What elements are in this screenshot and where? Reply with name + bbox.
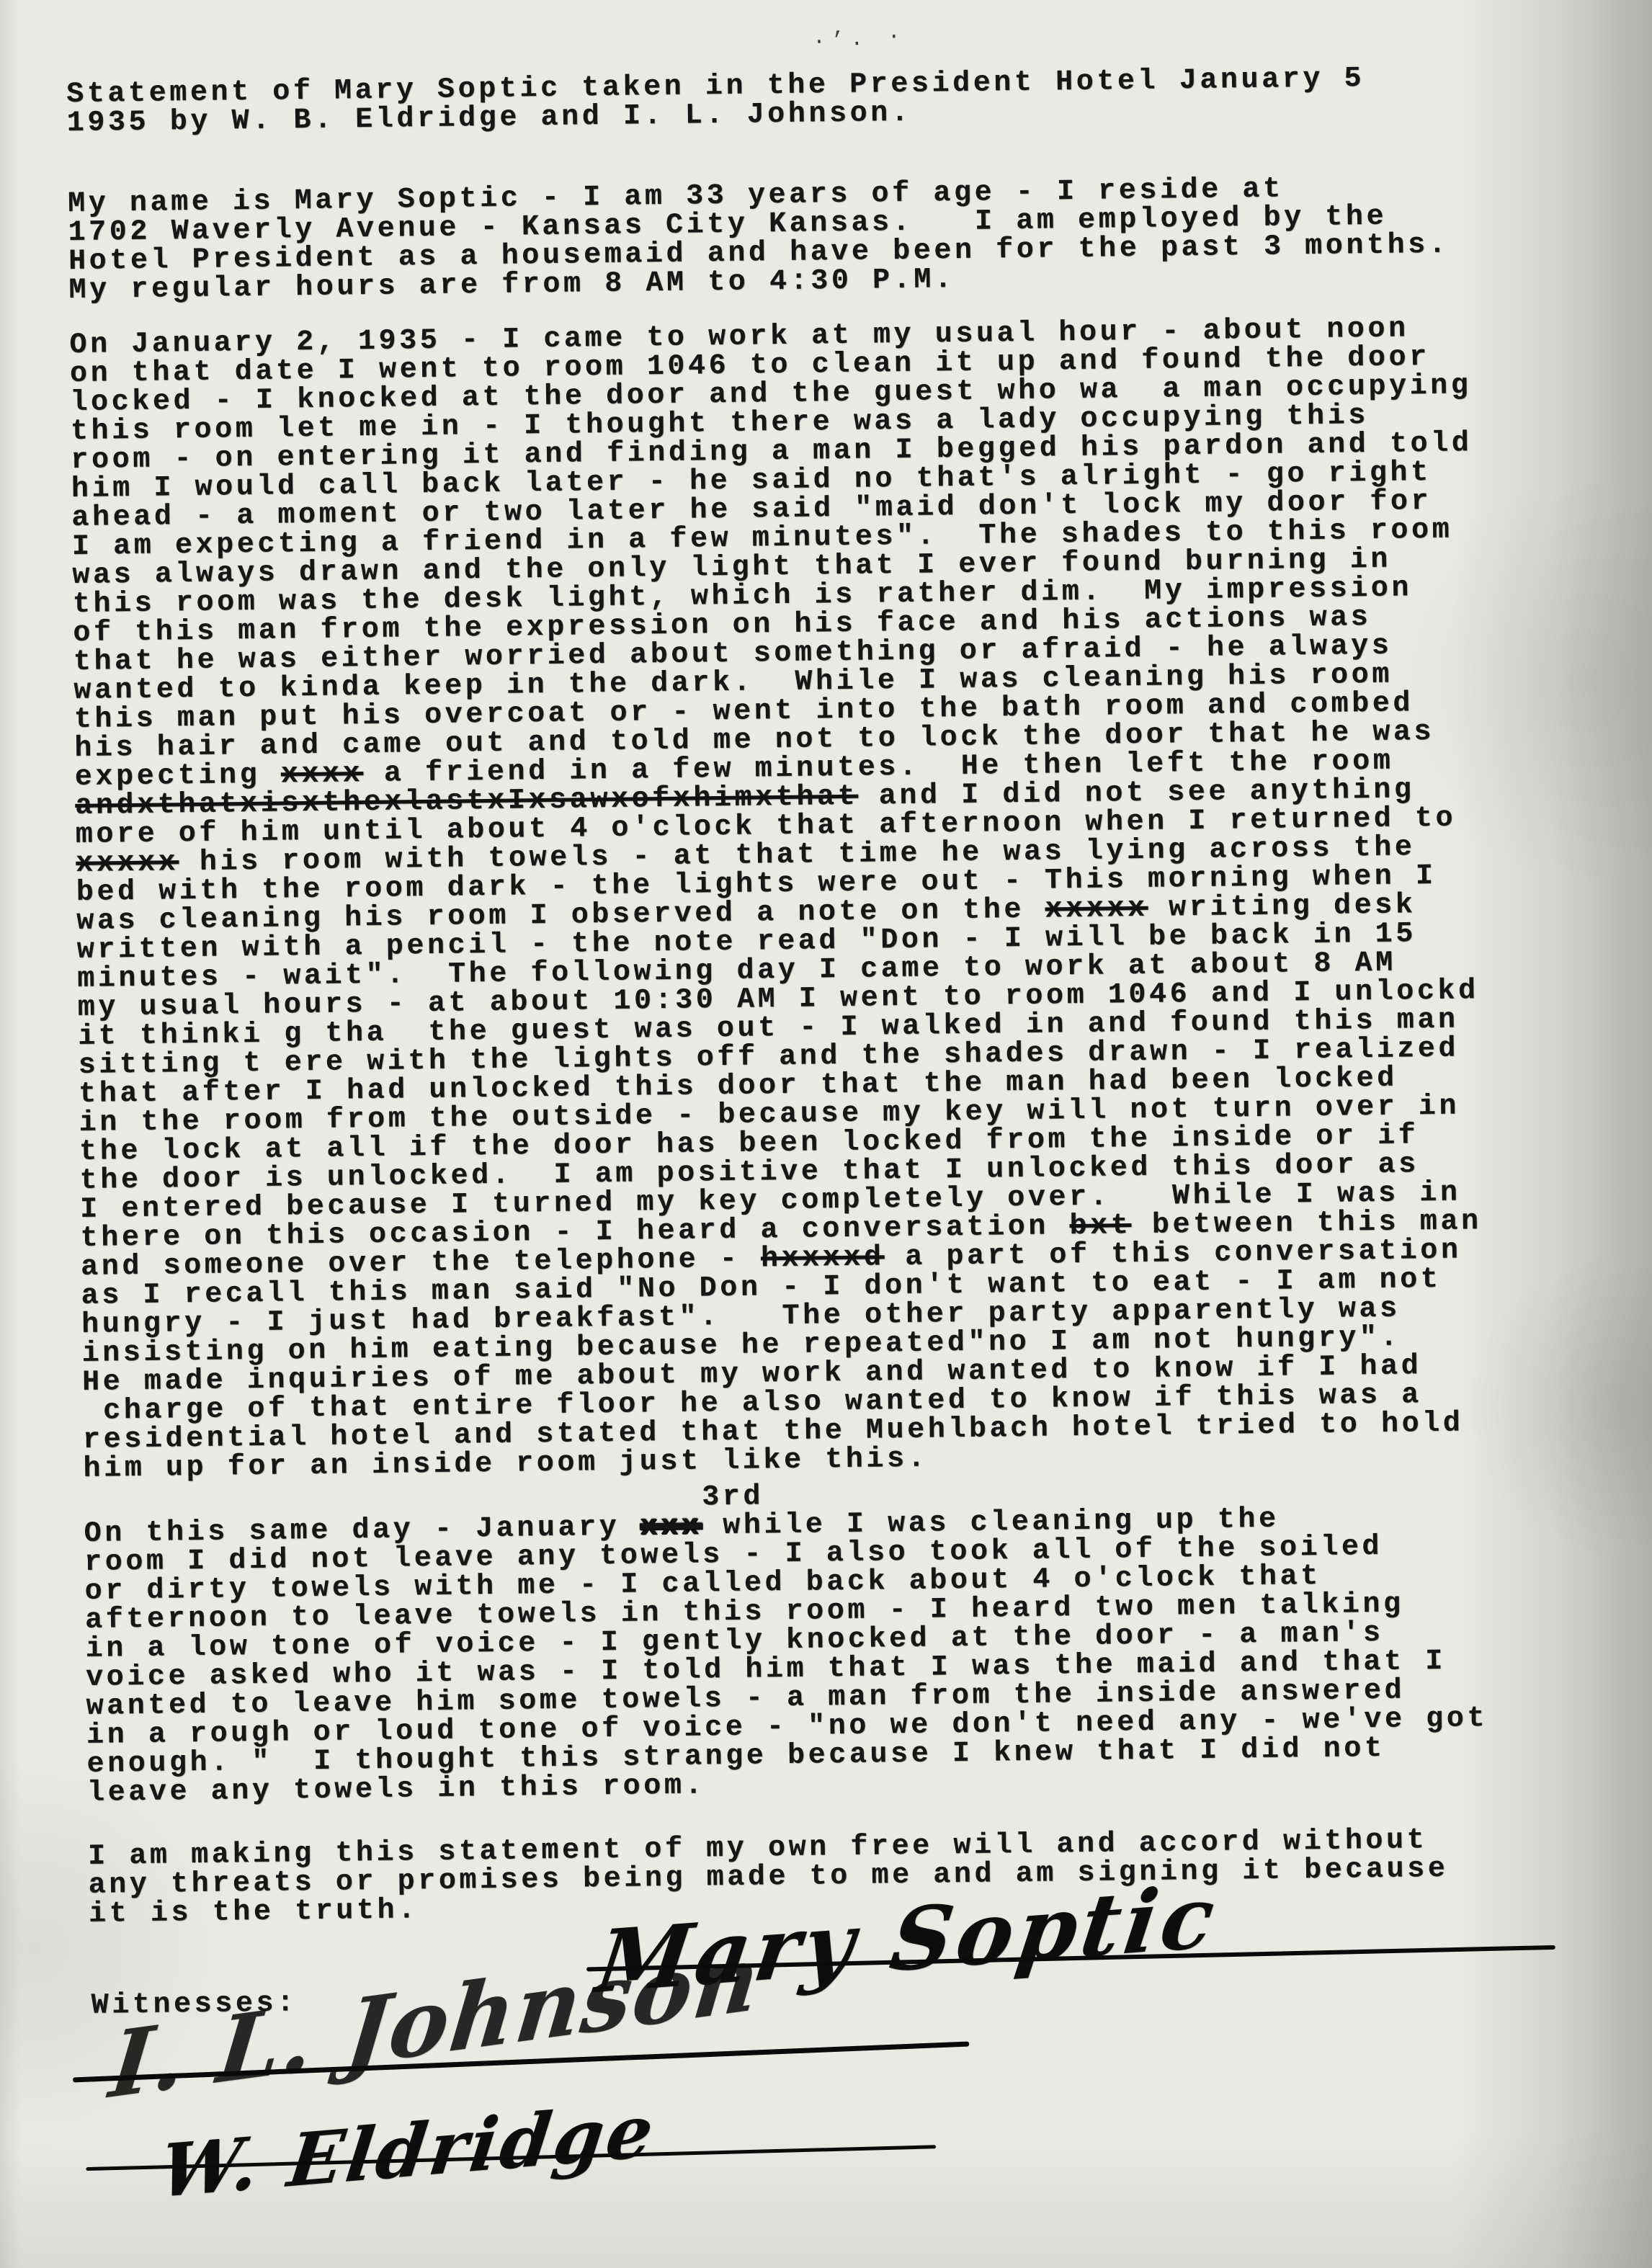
- statement-body: Statement of Mary Soptic taken in the Pr…: [66, 63, 1555, 2216]
- paragraph: 3rdOn this same day - January xxx while …: [84, 1473, 1550, 1808]
- scanned-document-page: { "document": { "stray_mark": "·’. ·", "…: [0, 0, 1652, 2268]
- paragraph: Statement of Mary Soptic taken in the Pr…: [66, 63, 1530, 138]
- paragraph: My name is Mary Soptic - I am 33 years o…: [68, 172, 1532, 305]
- statement-paragraphs: Statement of Mary Soptic taken in the Pr…: [66, 63, 1551, 1929]
- signature-section: Mary Soptic Witnesses: I. L. Johnson W. …: [89, 1953, 1555, 2216]
- paragraph: On January 2, 1935 - I came to work at m…: [69, 313, 1545, 1484]
- witness-signature-johnson: I. L. Johnson: [105, 1924, 765, 2119]
- witness-signature-eldridge: W. Eldridge: [156, 2087, 661, 2214]
- stray-mark: ·’. ·: [812, 24, 907, 55]
- struck-text: bxt: [1069, 1210, 1131, 1243]
- blacked-out-text: xxx: [640, 1510, 702, 1543]
